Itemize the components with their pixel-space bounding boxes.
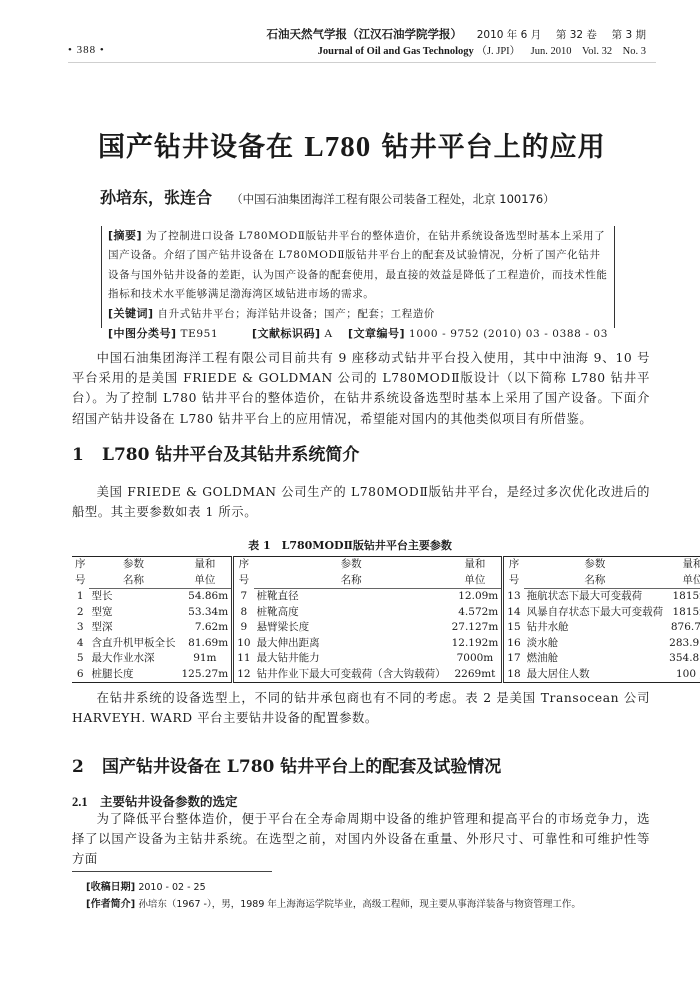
cell-index: 8: [233, 605, 254, 621]
subsection-title: 主要钻井设备参数的选定: [100, 794, 238, 809]
title-part: 国产钻井设备在: [98, 132, 304, 163]
col-value-bottom: 单位: [179, 573, 233, 589]
author-bio-label: [作者简介]: [86, 899, 135, 910]
cell-value: 54.86m: [179, 589, 233, 605]
page-number: • 388 •: [68, 44, 105, 56]
cell-name: 钻井作业下最大可变载荷（含大钩载荷）: [254, 667, 449, 683]
classification-row: [中图分类号] TE951 [文献标识码] A [文章编号] 1000 - 97…: [108, 324, 608, 344]
abstract-label: [摘要]: [108, 229, 142, 242]
author-bio: [作者简介] 孙培东（1967 -），男，1989 年上海海运学院毕业，高级工程…: [86, 896, 581, 913]
col-param-top: 参数: [89, 557, 179, 573]
subsection-2-1-heading: 2.1主要钻井设备参数的选定: [72, 792, 238, 810]
table-row: 5 最大作业水深 91m 11 最大钻井能力 7000m 17 燃油舱 354.…: [72, 651, 700, 667]
cell-index: 1: [72, 589, 89, 605]
cell-value: 1815mt: [666, 589, 700, 605]
journal-name-en: Journal of Oil and Gas Technology: [318, 46, 474, 57]
author-line: 孙培东，张连合 （中国石油集团海洋工程有限公司装备工程处，北京 100176）: [100, 185, 555, 208]
table-row: 4 含直升机甲板全长 81.69m 10 最大伸出距离 12.192m 16 淡…: [72, 636, 700, 652]
article-title: 国产钻井设备在 L780 钻井平台上的应用: [98, 125, 606, 164]
abstract-box: [摘要] 为了控制进口设备 L780MODⅡ版钻井平台的整体造价，在钻井系统设备…: [101, 226, 615, 328]
cell-name: 燃油舱: [524, 651, 667, 667]
keywords: [关键词] 自升式钻井平台；海洋钻井设备；国产；配套；工程造价: [108, 304, 608, 324]
article-no-value: 1000 - 9752 (2010) 03 - 0388 - 03: [409, 328, 608, 340]
cell-value: 283.9 m³: [666, 636, 700, 652]
author-affiliation: （中国石油集团海洋工程有限公司装备工程处，北京 100176）: [231, 192, 555, 206]
received-date: [收稿日期] 2010 - 02 - 25: [86, 879, 581, 896]
col-index: 序号: [72, 557, 89, 589]
author-bio-text: 孙培东（1967 -），男，1989 年上海海运学院毕业，高级工程师，现主要从事…: [138, 899, 581, 910]
cell-index: 7: [233, 589, 254, 605]
col-index: 序号: [233, 557, 254, 589]
section-1-body: 美国 FRIEDE & GOLDMAN 公司生产的 L780MODⅡ版钻井平台，…: [72, 482, 650, 522]
intro-section: 中国石油集团海洋工程有限公司目前共有 9 座移动式钻井平台投入使用，其中中油海 …: [72, 348, 650, 429]
cell-name: 风暴自存状态下最大可变载荷: [524, 605, 667, 621]
table-caption: 表 1 L780MODⅡ版钻井平台主要参数: [0, 537, 700, 553]
cell-value: 1815mt: [666, 605, 700, 621]
journal-issue-cn: 第 3 期: [612, 29, 646, 41]
table-row: 3 型深 7.62m 9 悬臂梁长度 27.127m 15 钻井水舱 876.7…: [72, 620, 700, 636]
cell-index: 13: [503, 589, 524, 605]
section-1-heading: 1L780 钻井平台及其钻井系统简介: [72, 440, 359, 465]
cell-value: 2269mt: [449, 667, 503, 683]
cell-name: 拖航状态下最大可变载荷: [524, 589, 667, 605]
author-names: 孙培东，张连合: [100, 188, 212, 207]
received-label: [收稿日期]: [86, 882, 135, 893]
subsection-number: 2.1: [72, 795, 100, 810]
cell-value: 27.127m: [449, 620, 503, 636]
keywords-label: [关键词]: [108, 307, 154, 320]
col-value-bottom: 单位: [666, 573, 700, 589]
cell-index: 3: [72, 620, 89, 636]
parameters-table: 序号 参数 量和 序号 参数 量和 序号 参数 量和 名称 单位 名称 单位 名…: [72, 556, 700, 683]
doc-code-label: [文献标识码]: [252, 327, 321, 340]
cell-index: 2: [72, 605, 89, 621]
col-value-top: 量和: [666, 557, 700, 573]
subsection-2-1-paragraph: 为了降低平台整体造价，便于平台在全寿命周期中设备的维护管理和提高平台的市场竞争力…: [72, 809, 650, 870]
col-param-bottom: 名称: [89, 573, 179, 589]
cell-index: 16: [503, 636, 524, 652]
cell-value: 81.69m: [179, 636, 233, 652]
journal-name-cn: 石油天然气学报（江汉石油学院学报）: [267, 27, 463, 41]
cell-value: 876.7m³: [666, 620, 700, 636]
section-1-paragraph-2: 在钻井系统的设备选型上，不同的钻井承包商也有不同的考虑。表 2 是美国 Tran…: [72, 688, 650, 728]
journal-header: 石油天然气学报（江汉石油学院学报） 2010 年 6 月 第 32 卷 第 3 …: [267, 26, 646, 58]
col-value-top: 量和: [449, 557, 503, 573]
table-row: 2 型宽 53.34m 8 桩靴高度 4.572m 14 风暴自存状态下最大可变…: [72, 605, 700, 621]
col-param-top: 参数: [524, 557, 667, 573]
cell-name: 桩靴高度: [254, 605, 449, 621]
table-row: 6 桩腿长度 125.27m 12 钻井作业下最大可变载荷（含大钩载荷） 226…: [72, 667, 700, 683]
received-value: 2010 - 02 - 25: [138, 882, 205, 893]
title-part: 钻井平台上的应用: [371, 132, 605, 163]
cell-value: 7.62m: [179, 620, 233, 636]
cell-value: 91m: [179, 651, 233, 667]
col-value-top: 量和: [179, 557, 233, 573]
journal-volume-cn: 第 32 卷: [556, 29, 597, 41]
table-row: 1 型长 54.86m 7 桩靴直径 12.09m 13 拖航状态下最大可变载荷…: [72, 589, 700, 605]
section-2-heading: 2国产钻井设备在 L780 钻井平台上的配套及试验情况: [72, 752, 501, 777]
cell-index: 5: [72, 651, 89, 667]
cell-value: 4.572m: [449, 605, 503, 621]
col-index: 序号: [503, 557, 524, 589]
cell-index: 17: [503, 651, 524, 667]
cell-index: 4: [72, 636, 89, 652]
cell-value: 12.192m: [449, 636, 503, 652]
section-title: L780 钻井平台及其钻井系统简介: [102, 445, 359, 465]
col-value-bottom: 单位: [449, 573, 503, 589]
cell-name: 桩腿长度: [89, 667, 179, 683]
section-number: 2: [72, 757, 102, 777]
footnotes: [收稿日期] 2010 - 02 - 25 [作者简介] 孙培东（1967 -）…: [86, 879, 581, 913]
section-1-paragraph: 美国 FRIEDE & GOLDMAN 公司生产的 L780MODⅡ版钻井平台，…: [72, 482, 650, 522]
col-param-bottom: 名称: [524, 573, 667, 589]
clc-value: TE951: [181, 328, 219, 340]
journal-issue-en: No. 3: [623, 46, 646, 57]
cell-index: 18: [503, 667, 524, 683]
cell-name: 最大伸出距离: [254, 636, 449, 652]
cell-name: 最大钻井能力: [254, 651, 449, 667]
cell-name: 桩靴直径: [254, 589, 449, 605]
journal-date-cn: 2010 年 6 月: [477, 29, 541, 41]
cell-index: 11: [233, 651, 254, 667]
journal-header-en: Journal of Oil and Gas Technology （J. JP…: [267, 43, 646, 58]
cell-name: 钻井水舱: [524, 620, 667, 636]
col-param-bottom: 名称: [254, 573, 449, 589]
clc-label: [中图分类号]: [108, 327, 177, 340]
cell-value: 125.27m: [179, 667, 233, 683]
doc-code-value: A: [325, 328, 333, 340]
cell-value: 100 人: [666, 667, 700, 683]
cell-name: 型深: [89, 620, 179, 636]
cell-index: 6: [72, 667, 89, 683]
cell-value: 12.09m: [449, 589, 503, 605]
cell-value: 354.8 m³: [666, 651, 700, 667]
cell-index: 12: [233, 667, 254, 683]
subsection-2-1-body: 为了降低平台整体造价，便于平台在全寿命周期中设备的维护管理和提高平台的市场竞争力…: [72, 809, 650, 870]
section-number: 1: [72, 445, 102, 465]
col-param-top: 参数: [254, 557, 449, 573]
journal-volume-en: Vol. 32: [582, 46, 612, 57]
cell-value: 53.34m: [179, 605, 233, 621]
cell-index: 15: [503, 620, 524, 636]
cell-name: 含直升机甲板全长: [89, 636, 179, 652]
section-1-body-2: 在钻井系统的设备选型上，不同的钻井承包商也有不同的考虑。表 2 是美国 Tran…: [72, 688, 650, 728]
journal-date-en: Jun. 2010: [531, 46, 572, 57]
header-divider: [68, 62, 656, 63]
title-part: L780: [304, 131, 371, 163]
cell-name: 型宽: [89, 605, 179, 621]
article-no-label: [文章编号]: [348, 327, 405, 340]
cell-name: 型长: [89, 589, 179, 605]
cell-name: 淡水舱: [524, 636, 667, 652]
section-title: 国产钻井设备在 L780 钻井平台上的配套及试验情况: [102, 757, 501, 777]
abstract-text: 为了控制进口设备 L780MODⅡ版钻井平台的整体造价，在钻井系统设备选型时基本…: [108, 230, 608, 300]
journal-abbr: （J. JPI）: [476, 46, 520, 57]
cell-name: 最大作业水深: [89, 651, 179, 667]
cell-name: 悬臂梁长度: [254, 620, 449, 636]
cell-index: 14: [503, 605, 524, 621]
keywords-text: 自升式钻井平台；海洋钻井设备；国产；配套；工程造价: [158, 308, 436, 320]
intro-paragraph: 中国石油集团海洋工程有限公司目前共有 9 座移动式钻井平台投入使用，其中中油海 …: [72, 348, 650, 429]
footnote-divider: [72, 871, 272, 872]
cell-index: 10: [233, 636, 254, 652]
abstract: [摘要] 为了控制进口设备 L780MODⅡ版钻井平台的整体造价，在钻井系统设备…: [108, 226, 608, 304]
cell-value: 7000m: [449, 651, 503, 667]
cell-index: 9: [233, 620, 254, 636]
journal-header-cn: 石油天然气学报（江汉石油学院学报） 2010 年 6 月 第 32 卷 第 3 …: [267, 26, 646, 42]
cell-name: 最大居住人数: [524, 667, 667, 683]
